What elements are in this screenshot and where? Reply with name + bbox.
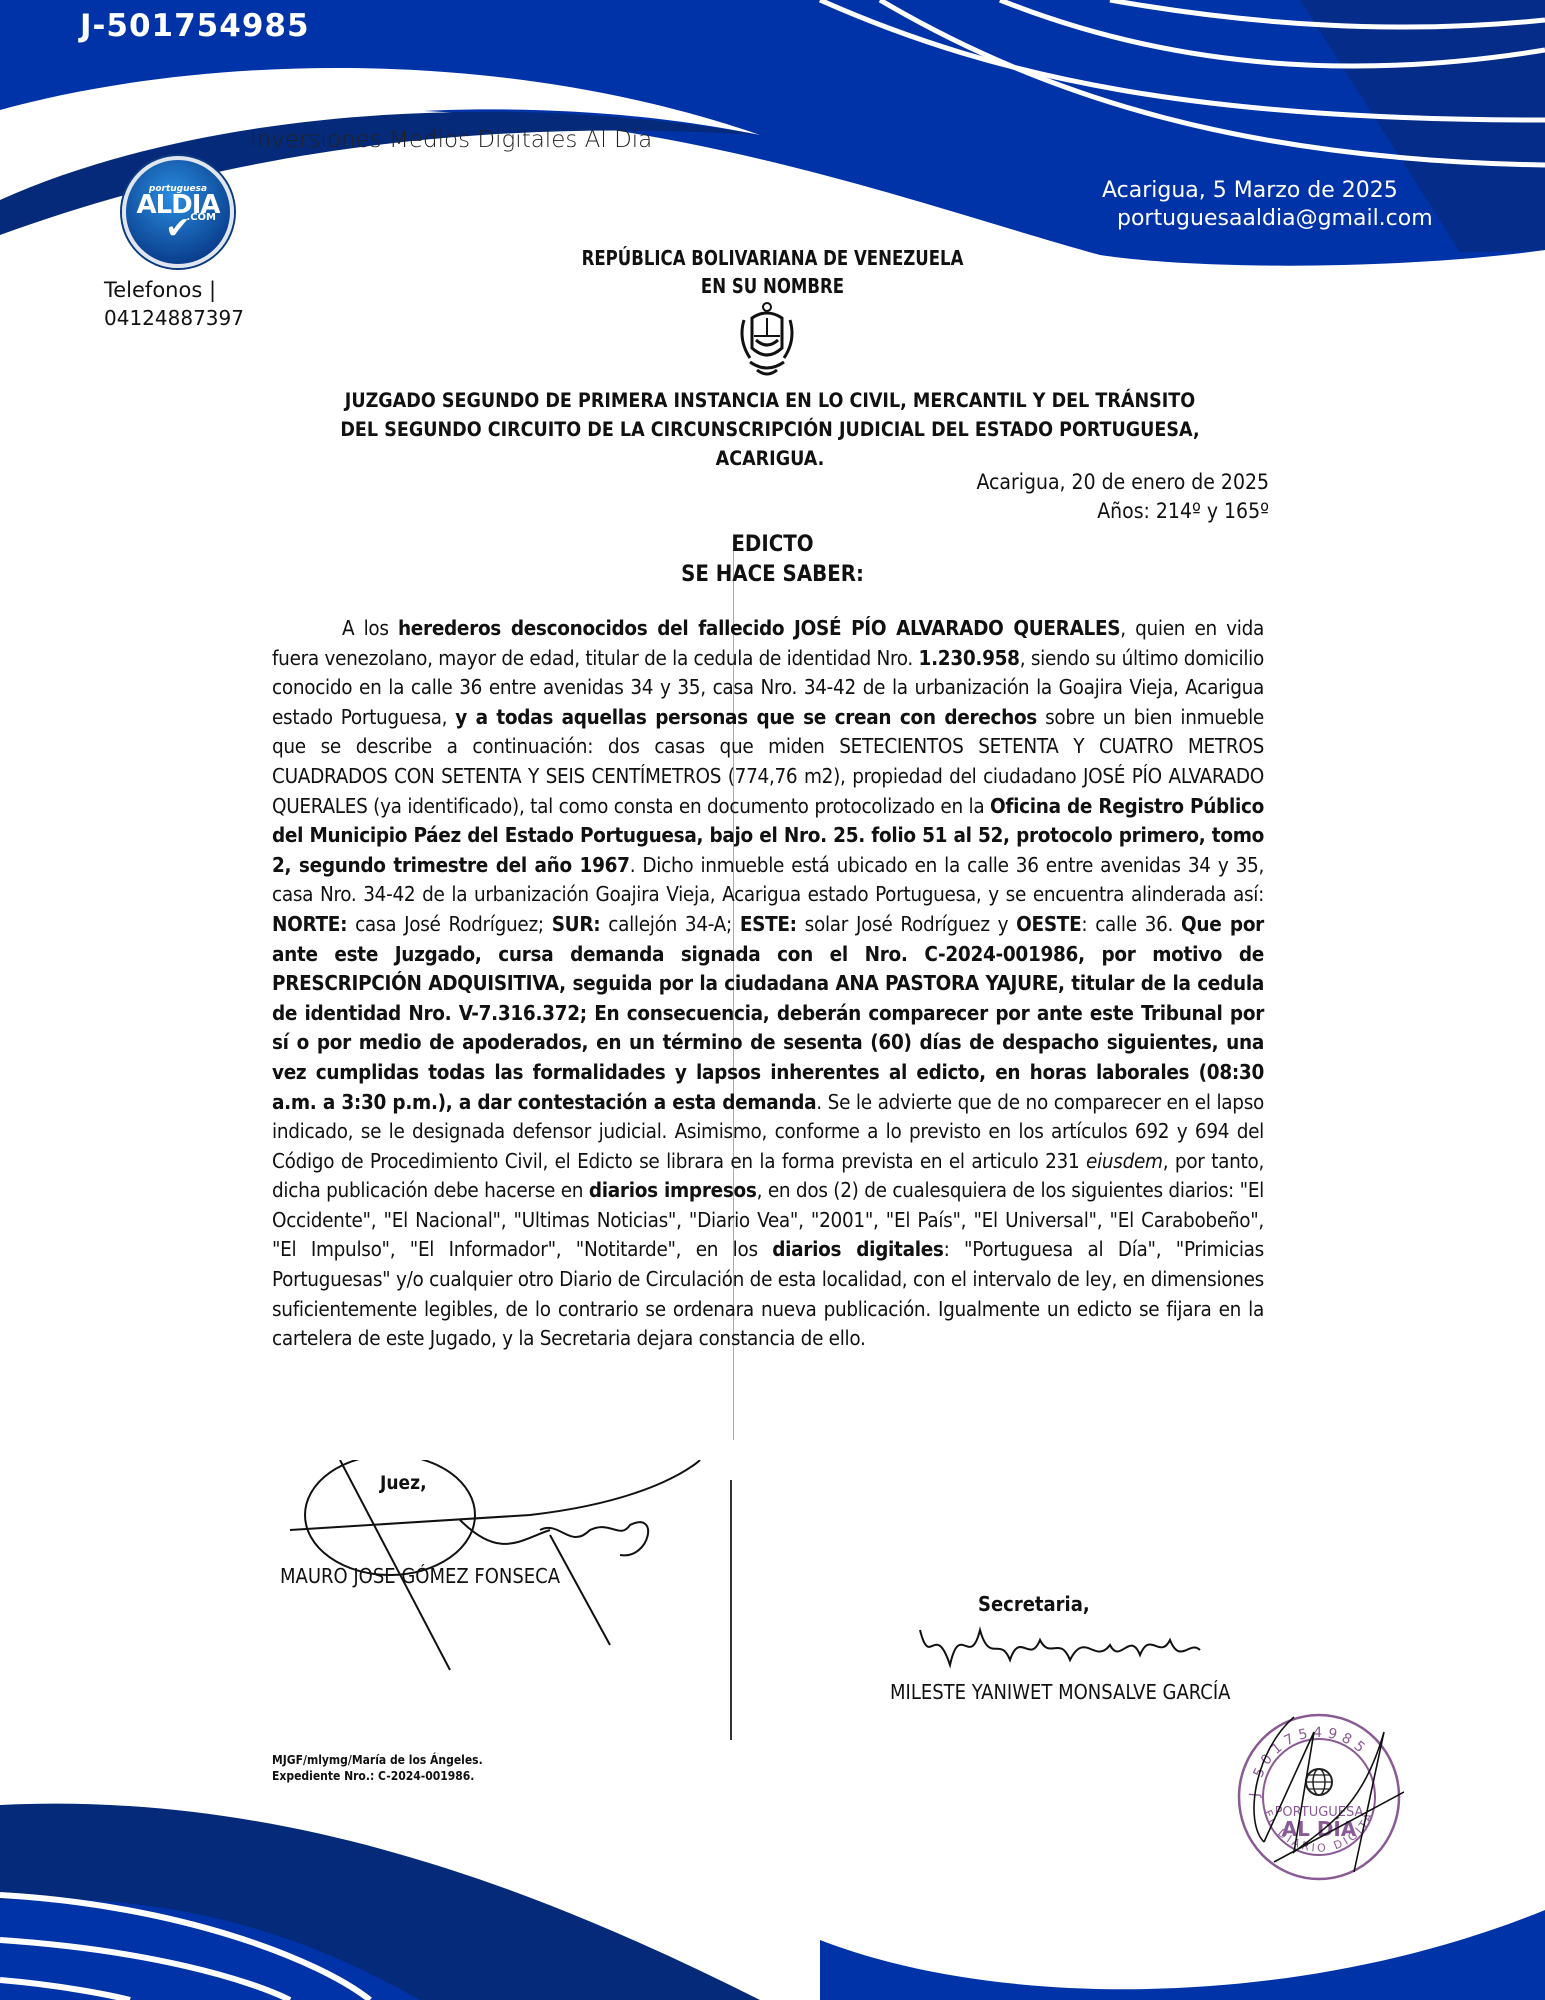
edict-title-block: EDICTO SE HACE SABER:: [0, 530, 1545, 590]
edict-body-segment: Que por ante este Juzgado, cursa demanda…: [272, 912, 1264, 1114]
edict-body-segment: A los: [342, 616, 398, 640]
edict-body-segment: callejón 34-A;: [600, 912, 739, 936]
edict-title: EDICTO: [0, 530, 1545, 560]
edict-subtitle: SE HACE SABER:: [0, 560, 1545, 590]
scan-edge-line: [730, 1480, 732, 1740]
reference-initials: MJGF/mlymg/María de los Ángeles.: [272, 1752, 483, 1768]
logo-suffix: .COM: [186, 212, 216, 223]
case-number: Expediente Nro.: C-2024-001986.: [272, 1768, 483, 1784]
en-su-nombre-line: EN SU NOMBRE: [62, 272, 1483, 300]
edict-body: A los herederos desconocidos del falleci…: [272, 614, 1264, 1354]
court-line: DEL SEGUNDO CIRCUITO DE LA CIRCUNSCRIPCI…: [280, 415, 1260, 444]
letterhead-date: Acarigua, 5 Marzo de 2025: [1102, 178, 1398, 203]
judge-name: MAURO JOSE GÓMEZ FONSECA: [280, 1564, 560, 1588]
secretary-signature: [910, 1610, 1250, 1680]
court-header: JUZGADO SEGUNDO DE PRIMERA INSTANCIA EN …: [280, 386, 1260, 473]
edict-body-segment: NORTE:: [272, 912, 347, 936]
tax-id: J-501754985: [80, 8, 310, 44]
edict-body-segment: ESTE:: [740, 912, 797, 936]
edict-body-segment: herederos desconocidos del fallecido JOS…: [398, 616, 1120, 640]
company-name: Inversiones Medios Digitales Al Día: [250, 127, 652, 153]
document-date-block: Acarigua, 20 de enero de 2025 Años: 214º…: [976, 468, 1269, 526]
phone-number: 04124887397: [104, 306, 244, 330]
edict-body-segment: casa José Rodríguez;: [347, 912, 552, 936]
edict-body-segment: diarios impresos: [589, 1178, 757, 1202]
company-stamp: J-501754985 EL DIARIO DIGITAL PORTUGUESA…: [1234, 1712, 1404, 1882]
edict-body-segment: SUR:: [552, 912, 601, 936]
secretary-name: MILESTE YANIWET MONSALVE GARCÍA: [890, 1680, 1230, 1704]
edict-body-segment: OESTE: [1016, 912, 1081, 936]
judge-signature: [280, 1460, 730, 1760]
reference-block: MJGF/mlymg/María de los Ángeles. Expedie…: [272, 1752, 483, 1784]
edict-body-segment: eiusdem: [1086, 1149, 1163, 1173]
court-line: JUZGADO SEGUNDO DE PRIMERA INSTANCIA EN …: [280, 386, 1260, 415]
edict-body-segment: : calle 36.: [1081, 912, 1181, 936]
edict-body-segment: 1.230.958: [919, 646, 1020, 670]
republic-line: REPÚBLICA BOLIVARIANA DE VENEZUELA: [62, 244, 1483, 272]
document-date: Acarigua, 20 de enero de 2025: [976, 468, 1269, 497]
edict-body-segment: diarios digitales: [772, 1237, 943, 1261]
edict-body-segment: y a todas aquellas personas que se crean…: [455, 705, 1037, 729]
edict-body-segment: solar José Rodríguez y: [797, 912, 1016, 936]
document-years: Años: 214º y 165º: [976, 497, 1269, 526]
coat-of-arms-icon: [732, 300, 802, 380]
globe-icon: [1306, 1769, 1332, 1795]
letterhead-email[interactable]: portuguesaaldia@gmail.com: [1117, 206, 1433, 231]
republic-header: REPÚBLICA BOLIVARIANA DE VENEZUELA EN SU…: [0, 244, 1545, 300]
